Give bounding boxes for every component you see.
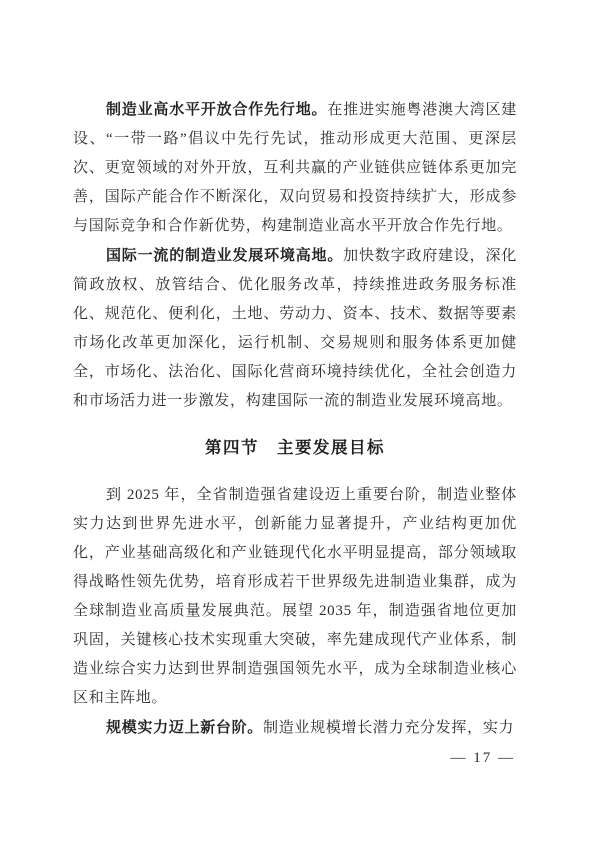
page-number: — 17 — [451,750,516,767]
paragraph-2025-goals: 到 2025 年，全省制造强省建设迈上重要台阶，制造业整体实力达到世界先进水平，… [73,481,517,713]
document-page: 制造业高水平开放合作先行地。在推进实施粤港澳大湾区建设、“一带一路”倡议中先行先… [0,0,600,848]
document-body: 制造业高水平开放合作先行地。在推进实施粤港澳大湾区建设、“一带一路”倡议中先行先… [73,95,517,743]
paragraph-text: 加快数字政府建设，深化简政放权、放管结合、优化服务改革，持续推进政务服务标准化、… [73,248,517,409]
paragraph-text: 到 2025 年，全省制造强省建设迈上重要台阶，制造业整体实力达到世界先进水平，… [73,487,517,706]
paragraph-text: 在推进实施粤港澳大湾区建设、“一带一路”倡议中先行先试，推动形成更大范围、更深层… [73,102,517,234]
paragraph-environment-highland: 国际一流的制造业发展环境高地。加快数字政府建设，深化简政放权、放管结合、优化服务… [73,241,517,416]
paragraph-scale-strength: 规模实力迈上新台阶。制造业规模增长潜力充分发挥，实力 [73,713,517,743]
paragraph-lead: 国际一流的制造业发展环境高地。 [106,247,343,264]
section-heading: 第四节 主要发展目标 [73,434,517,463]
paragraph-text: 制造业规模增长潜力充分发挥，实力 [263,720,514,736]
paragraph-open-cooperation: 制造业高水平开放合作先行地。在推进实施粤港澳大湾区建设、“一带一路”倡议中先行先… [73,95,517,241]
paragraph-lead: 规模实力迈上新台阶。 [106,719,263,736]
paragraph-lead: 制造业高水平开放合作先行地。 [106,101,327,118]
